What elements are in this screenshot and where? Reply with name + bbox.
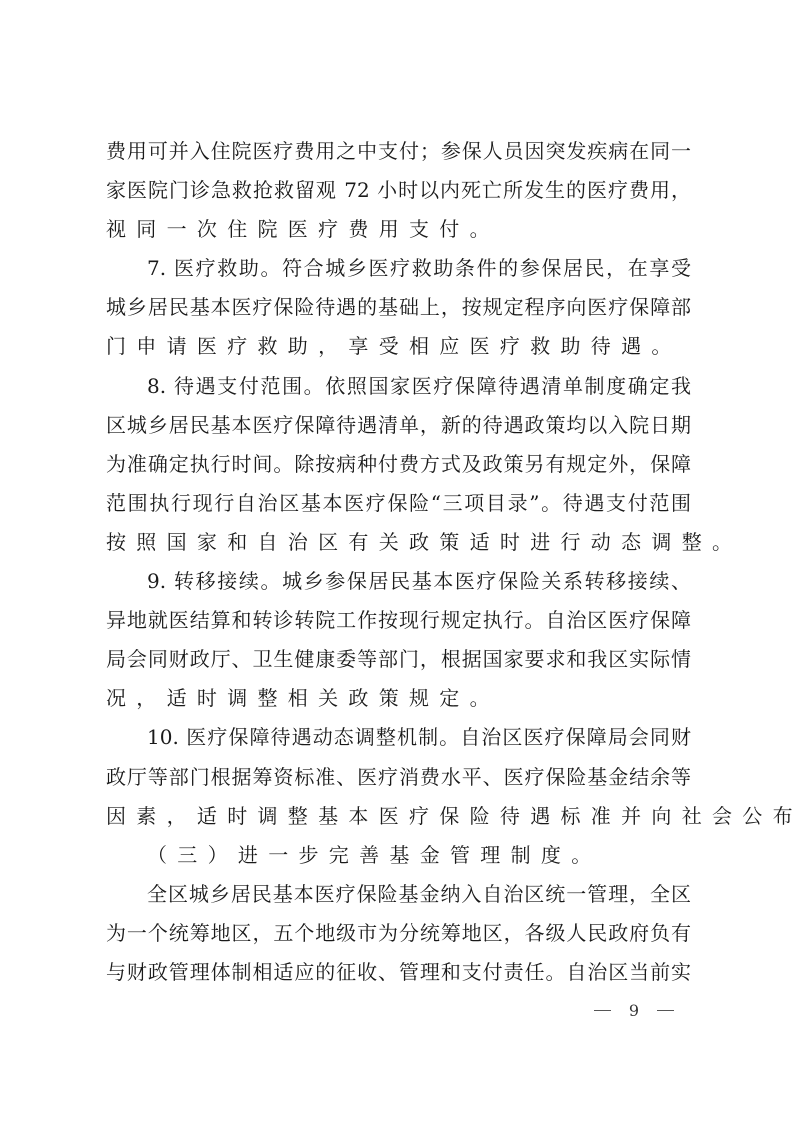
text-line: 范围执行现行自治区基本医疗保险“三项目录”。待遇支付范围 xyxy=(106,484,691,523)
text-line: 况，适时调整相关政策规定。 xyxy=(106,679,691,718)
text-line: 为准确定执行时间。除按病种付费方式及政策另有规定外，保障 xyxy=(106,445,691,484)
text-line: 与财政管理体制相适应的征收、管理和支付责任。自治区当前实 xyxy=(106,953,691,992)
text-line: 视同一次住院医疗费用支付。 xyxy=(106,210,691,249)
text-line: 10. 医疗保障待遇动态调整机制。自治区医疗保障局会同财 xyxy=(106,718,691,757)
paragraph-continuation: 费用可并入住院医疗费用之中支付；参保人员因突发疾病在同一 家医院门诊急救抢救留观… xyxy=(106,132,691,249)
text-line: 政厅等部门根据筹资标准、医疗消费水平、医疗保险基金结余等 xyxy=(106,758,691,797)
section-heading: （三）进一步完善基金管理制度。 xyxy=(106,836,691,875)
text-line: 区城乡居民基本医疗保障待遇清单，新的待遇政策均以入院日期 xyxy=(106,406,691,445)
document-page: 费用可并入住院医疗费用之中支付；参保人员因突发疾病在同一 家医院门诊急救抢救留观… xyxy=(0,0,794,1122)
page-number-dash-left xyxy=(594,1010,611,1011)
text-line: 为一个统筹地区，五个地级市为分统筹地区，各级人民政府负有 xyxy=(106,914,691,953)
text-line: 因素，适时调整基本医疗保险待遇标准并向社会公布。 xyxy=(106,797,691,836)
paragraph-item-7: 7. 医疗救助。符合城乡医疗救助条件的参保居民，在享受 城乡居民基本医疗保险待遇… xyxy=(106,249,691,366)
paragraph-item-8: 8. 待遇支付范围。依照国家医疗保障待遇清单制度确定我 区城乡居民基本医疗保障待… xyxy=(106,367,691,562)
paragraph-item-10: 10. 医疗保障待遇动态调整机制。自治区医疗保障局会同财 政厅等部门根据筹资标准… xyxy=(106,718,691,835)
page-number: 9 xyxy=(594,998,674,1022)
text-line: 费用可并入住院医疗费用之中支付；参保人员因突发疾病在同一 xyxy=(106,132,691,171)
text-line: 异地就医结算和转诊转院工作按现行规定执行。自治区医疗保障 xyxy=(106,601,691,640)
text-line: 9. 转移接续。城乡参保居民基本医疗保险关系转移接续、 xyxy=(106,562,691,601)
page-number-dash-right xyxy=(657,1010,674,1011)
paragraph-item-9: 9. 转移接续。城乡参保居民基本医疗保险关系转移接续、 异地就医结算和转诊转院工… xyxy=(106,562,691,718)
body-text: 费用可并入住院医疗费用之中支付；参保人员因突发疾病在同一 家医院门诊急救抢救留观… xyxy=(106,132,691,992)
text-line: 家医院门诊急救抢救留观 72 小时以内死亡所发生的医疗费用， xyxy=(106,171,691,210)
text-line: 全区城乡居民基本医疗保险基金纳入自治区统一管理，全区 xyxy=(106,875,691,914)
text-line: 城乡居民基本医疗保险待遇的基础上，按规定程序向医疗保障部 xyxy=(106,288,691,327)
text-line: 按照国家和自治区有关政策适时进行动态调整。 xyxy=(106,523,691,562)
page-number-value: 9 xyxy=(629,1001,639,1020)
section-heading-text: （三）进一步完善基金管理制度。 xyxy=(106,836,691,875)
paragraph-section-3-body: 全区城乡居民基本医疗保险基金纳入自治区统一管理，全区 为一个统筹地区，五个地级市… xyxy=(106,875,691,992)
text-line: 7. 医疗救助。符合城乡医疗救助条件的参保居民，在享受 xyxy=(106,249,691,288)
text-line: 8. 待遇支付范围。依照国家医疗保障待遇清单制度确定我 xyxy=(106,367,691,406)
text-line: 门申请医疗救助，享受相应医疗救助待遇。 xyxy=(106,327,691,366)
text-line: 局会同财政厅、卫生健康委等部门，根据国家要求和我区实际情 xyxy=(106,640,691,679)
